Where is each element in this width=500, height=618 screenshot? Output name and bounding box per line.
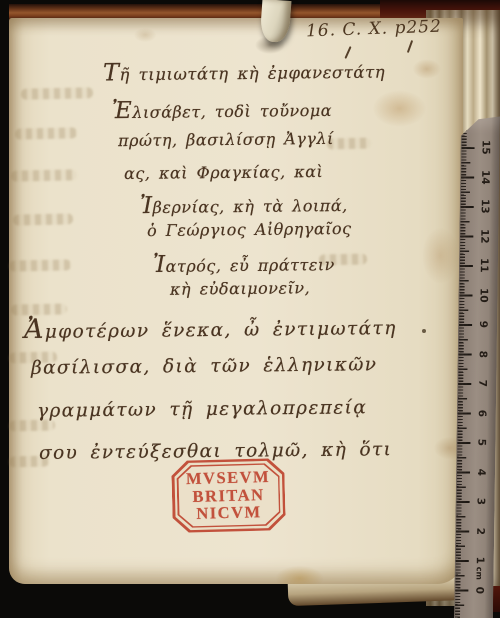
stamp-line: NICVM <box>196 503 262 522</box>
ruler-number: 2 <box>472 520 486 542</box>
greek-line: κὴ εὐδαιμονεῖν, <box>170 278 310 298</box>
ruler-number: 9 <box>475 313 489 335</box>
manuscript-photo: 16. C. X. p252 Τῆ τιμιωτάτη κὴ ἐμφανεστά… <box>0 0 500 618</box>
ruler-number: 14 <box>477 166 491 188</box>
ruler-number: 8 <box>475 343 489 365</box>
ruler-number: 12 <box>476 225 490 247</box>
greek-line: Τῆ τιμιωτάτη κὴ ἐμφανεστάτη <box>103 56 385 87</box>
greek-line: γραμμάτων τῇ μεγαλοπρεπείᾳ <box>37 397 367 421</box>
ruler-number: 3 <box>472 490 486 512</box>
ink-speck <box>422 329 426 333</box>
greek-line: Ἐλισάβετ, τοδὶ τοὔνομα <box>112 95 332 124</box>
ruler: 15 14 13 12 11 10 9 8 7 6 5 4 3 2 1 0 cm <box>454 116 500 618</box>
ruler-number: 4 <box>473 461 487 483</box>
greek-line: Ἰβερνίας, κὴ τὰ λοιπά, <box>140 190 348 219</box>
ruler-number: 7 <box>474 372 488 394</box>
museum-britannicum-stamp: MVSEVM BRITAN NICVM <box>171 457 286 535</box>
greek-line: πρώτη, βασιλίσσῃ Ἀγγλί <box>118 129 334 150</box>
greek-line: Ἀμφοτέρων ἕνεκα, ὦ ἐντιμωτάτη <box>24 310 397 345</box>
greek-line: Ἰατρός, εὖ πράττειν <box>153 249 335 278</box>
greek-line: βασίλισσα, διὰ τῶν ἑλληνικῶν <box>31 354 378 379</box>
ruler-number: 5 <box>473 431 487 453</box>
greek-line: ας, καὶ Φραγκίας, καὶ <box>124 162 323 183</box>
ruler-unit-label: cm <box>473 564 483 582</box>
ruler-number: 10 <box>475 284 489 306</box>
ruler-number: 11 <box>476 254 490 276</box>
ruler-number: 6 <box>474 402 488 424</box>
ruler-number: 15 <box>477 136 491 158</box>
greek-line: ὁ Γεώργιος Αἰθρηγαῖος <box>147 219 352 240</box>
stamp-text: MVSEVM BRITAN NICVM <box>171 457 286 535</box>
ruler-number: 13 <box>477 195 491 217</box>
